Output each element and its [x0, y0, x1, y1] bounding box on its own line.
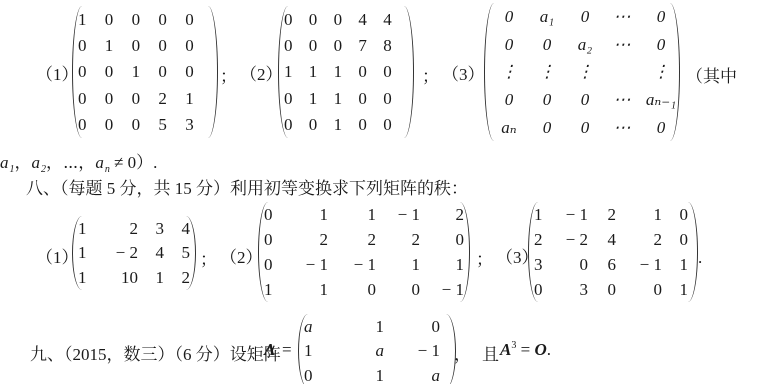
matrix-cell: 1	[340, 367, 384, 384]
p9-cond-exp: 3	[511, 340, 516, 351]
matrix-cell: 0	[528, 36, 566, 53]
matrix-cell: 0	[284, 37, 309, 54]
matrix-cell: 0	[105, 90, 132, 107]
matrix-cell: 1	[105, 37, 132, 54]
matrix-cell: 0	[383, 90, 408, 107]
matrix-cell: 0	[490, 8, 528, 25]
matrix-cell: 1	[662, 256, 688, 273]
matrix-cell: 2	[96, 220, 138, 237]
p8-part2-matrix: 011− 12022200− 1− 1111100− 1	[258, 202, 470, 302]
matrix-cell: aₙ₋₁	[640, 91, 682, 108]
matrix-cell: 0	[554, 256, 588, 273]
matrix-cell: 1	[264, 281, 284, 298]
matrix-cell: 0	[132, 116, 159, 133]
matrix-cell: 0	[566, 91, 604, 108]
matrix-cell: 4	[358, 11, 383, 28]
matrix-cell: 1	[662, 281, 688, 298]
matrix-cell: 0	[264, 206, 284, 223]
matrix-cell: 5	[164, 244, 190, 261]
matrix-cell: 2	[328, 231, 376, 248]
matrix-cell: 0	[358, 90, 383, 107]
p9-cond-rhs: O	[534, 340, 546, 359]
matrix-cell: 3	[185, 116, 212, 133]
matrix-cell: 0	[264, 231, 284, 248]
matrix-cell: ⋮	[566, 63, 604, 80]
matrix-cell: 2	[534, 231, 554, 248]
p8-part2-label: （2）	[220, 243, 263, 268]
p9-equals: =	[282, 340, 292, 360]
matrix-cell: 0	[566, 8, 604, 25]
matrix-cell: 1	[78, 220, 96, 237]
p7-part2-matrix: 0004400078111000110000100	[278, 6, 414, 138]
matrix-cell: ⋯	[604, 8, 640, 25]
matrix-cell: 0	[185, 11, 212, 28]
matrix-cell: − 2	[554, 231, 588, 248]
matrix-cell: 5	[158, 116, 185, 133]
matrix-cell: ⋮	[640, 63, 682, 80]
matrix-cell: 0	[105, 63, 132, 80]
matrix-cell: 4	[138, 244, 164, 261]
matrix-cell: − 1	[284, 256, 328, 273]
matrix-cell: 0	[334, 37, 359, 54]
matrix-cell: 8	[383, 37, 408, 54]
matrix-cell: 3	[554, 281, 588, 298]
matrix-cell: 0	[78, 116, 105, 133]
p8-end: .	[698, 248, 702, 268]
p9-matrix-name: A	[264, 340, 275, 360]
p8-heading: 八、（每题 5 分，共 15 分）利用初等变换求下列矩阵的秩：	[26, 174, 468, 199]
matrix-cell: 0	[640, 8, 682, 25]
matrix-cell: ⋮	[490, 63, 528, 80]
matrix-cell: 0	[132, 90, 159, 107]
matrix-cell: 1	[284, 63, 309, 80]
matrix-cell: 0	[78, 90, 105, 107]
matrix-cell: 2	[284, 231, 328, 248]
matrix-cell: 6	[588, 256, 616, 273]
matrix-cell: 0	[158, 63, 185, 80]
p9-comma: ，	[454, 340, 471, 365]
matrix-cell: − 1	[616, 256, 662, 273]
matrix-cell: − 1	[328, 256, 376, 273]
matrix-cell: 0	[185, 37, 212, 54]
matrix-cell: 0	[616, 281, 662, 298]
matrix-cell: 0	[566, 119, 604, 136]
matrix-cell: 0	[376, 281, 420, 298]
matrix-cell: 1	[78, 11, 105, 28]
matrix-cell: 4	[588, 231, 616, 248]
matrix-cell: a	[304, 318, 340, 335]
matrix-cell: 0	[158, 37, 185, 54]
matrix-cell: 1	[284, 206, 328, 223]
matrix-cell: 0	[490, 91, 528, 108]
p9-cond-eq: =	[521, 340, 531, 359]
p7-part2-label: （2）	[240, 60, 283, 85]
matrix-cell: 1	[340, 318, 384, 335]
matrix-cell: 2	[588, 206, 616, 223]
p9-condition: A3 = O.	[500, 340, 551, 360]
matrix-cell: 0	[105, 11, 132, 28]
p9-prefix: 九、（2015，数三）（6 分）设矩阵	[30, 340, 281, 365]
p7-part3-matrix: 0a₁0⋯000a₂⋯0⋮⋮⋮⋮000⋯aₙ₋₁aₙ00⋯0	[484, 3, 680, 141]
matrix-cell: 1	[138, 269, 164, 286]
matrix-cell	[604, 63, 640, 80]
matrix-cell: 1	[376, 256, 420, 273]
matrix-cell: 0	[334, 11, 359, 28]
p9-matrix: a101a− 101a	[298, 314, 456, 384]
matrix-cell: 0	[528, 91, 566, 108]
matrix-cell: 1	[616, 206, 662, 223]
p9-period: .	[547, 340, 551, 359]
matrix-cell: 0	[640, 36, 682, 53]
matrix-cell: 0	[78, 63, 105, 80]
matrix-cell: 0	[132, 11, 159, 28]
matrix-cell: 0	[284, 11, 309, 28]
p7-sep1: ；	[220, 62, 237, 87]
matrix-cell: 0	[309, 11, 334, 28]
matrix-cell: 0	[158, 11, 185, 28]
p8-part1-matrix: 12341− 24511012	[72, 216, 196, 290]
matrix-cell: 0	[304, 367, 340, 384]
matrix-cell: 10	[96, 269, 138, 286]
matrix-cell: 1	[185, 90, 212, 107]
matrix-cell: 0	[588, 281, 616, 298]
matrix-cell: a	[384, 367, 440, 384]
matrix-cell: 0	[490, 36, 528, 53]
matrix-cell: 4	[383, 11, 408, 28]
p9-cond-lhs: A	[500, 340, 511, 359]
matrix-cell: 0	[662, 231, 688, 248]
matrix-cell: 0	[383, 116, 408, 133]
matrix-cell: 1	[334, 116, 359, 133]
p7-part1-matrix: 1000001000001000002100053	[72, 6, 218, 138]
p8-part3-matrix: 1− 12102− 2420306− 1103001	[528, 202, 698, 302]
matrix-cell: 0	[309, 37, 334, 54]
matrix-cell: 1	[534, 206, 554, 223]
matrix-cell: 1	[304, 342, 340, 359]
matrix-cell: 1	[284, 281, 328, 298]
matrix-cell: 2	[376, 231, 420, 248]
matrix-cell: ⋯	[604, 36, 640, 53]
matrix-cell: 0	[132, 37, 159, 54]
matrix-cell: a	[340, 342, 384, 359]
matrix-cell: 4	[164, 220, 190, 237]
matrix-cell: − 1	[376, 206, 420, 223]
matrix-cell: 1	[132, 63, 159, 80]
matrix-cell: 0	[384, 318, 440, 335]
p7-note-start: （其中	[686, 62, 737, 87]
p8-sep1: ；	[200, 245, 217, 270]
matrix-cell: 0	[105, 116, 132, 133]
matrix-cell: − 1	[420, 281, 464, 298]
matrix-cell: 0	[640, 119, 682, 136]
matrix-cell: ⋮	[528, 63, 566, 80]
matrix-cell: 0	[284, 90, 309, 107]
matrix-cell: 1	[78, 244, 96, 261]
matrix-cell: 1	[334, 63, 359, 80]
matrix-cell: 2	[158, 90, 185, 107]
matrix-cell: a₂	[566, 36, 604, 53]
matrix-cell: 3	[534, 256, 554, 273]
matrix-cell: 2	[164, 269, 190, 286]
matrix-cell: 0	[528, 119, 566, 136]
matrix-cell: 0	[264, 256, 284, 273]
matrix-cell: 1	[78, 269, 96, 286]
matrix-cell: 1	[328, 206, 376, 223]
matrix-cell: 1	[309, 63, 334, 80]
matrix-cell: 0	[383, 63, 408, 80]
matrix-cell: − 1	[554, 206, 588, 223]
matrix-cell: 0	[358, 63, 383, 80]
matrix-cell: aₙ	[490, 119, 528, 136]
matrix-cell: 0	[284, 116, 309, 133]
matrix-cell: 2	[616, 231, 662, 248]
matrix-cell: 1	[420, 256, 464, 273]
matrix-cell: 0	[328, 281, 376, 298]
matrix-cell: 0	[662, 206, 688, 223]
matrix-cell: − 2	[96, 244, 138, 261]
matrix-cell: 0	[185, 63, 212, 80]
matrix-cell: ⋯	[604, 91, 640, 108]
p7-note-end: a1，a2，⋯，an ≠ 0）.	[0, 148, 157, 175]
matrix-cell: 0	[420, 231, 464, 248]
matrix-cell: 0	[309, 116, 334, 133]
matrix-cell: 2	[420, 206, 464, 223]
p8-sep2: ；	[476, 245, 493, 270]
matrix-cell: − 1	[384, 342, 440, 359]
matrix-cell: 1	[309, 90, 334, 107]
matrix-cell: 1	[334, 90, 359, 107]
p9-and: 且	[482, 340, 499, 365]
p7-part3-label: （3）	[442, 60, 485, 85]
matrix-cell: 0	[78, 37, 105, 54]
matrix-cell: a₁	[528, 8, 566, 25]
matrix-cell: 3	[138, 220, 164, 237]
p7-sep2: ；	[422, 62, 439, 87]
matrix-cell: 7	[358, 37, 383, 54]
matrix-cell: 0	[534, 281, 554, 298]
matrix-cell: 0	[358, 116, 383, 133]
matrix-cell: ⋯	[604, 119, 640, 136]
